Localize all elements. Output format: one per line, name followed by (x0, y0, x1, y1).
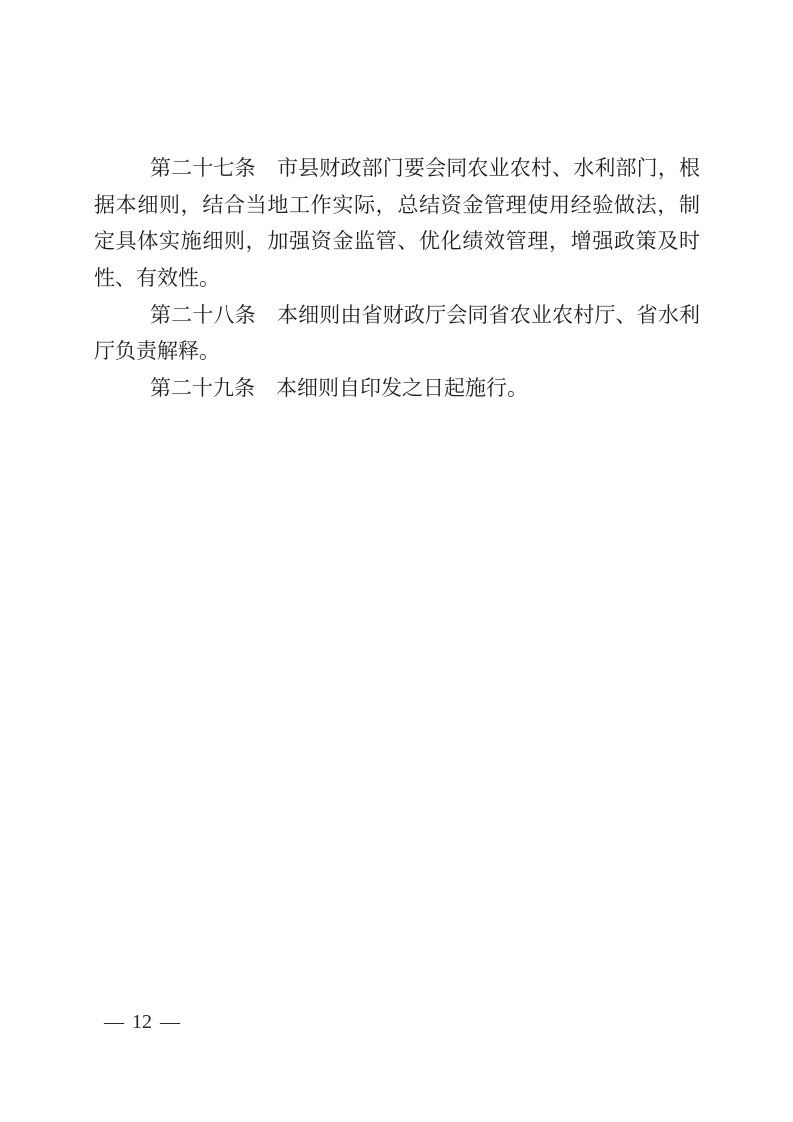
document-body: 第二十七条 市县财政部门要会同农业农村、水利部门，根 据本细则，结合当地工作实际… (94, 150, 700, 407)
body-line: 性、有效性。 (94, 260, 700, 297)
paragraph-article-29: 第二十九条 本细则自印发之日起施行。 (94, 370, 700, 407)
body-line: 厅负责解释。 (94, 333, 700, 370)
paragraph-article-27: 第二十七条 市县财政部门要会同农业农村、水利部门，根 据本细则，结合当地工作实际… (94, 150, 700, 297)
body-line: 第二十九条 本细则自印发之日起施行。 (94, 370, 700, 407)
document-page: 第二十七条 市县财政部门要会同农业农村、水利部门，根 据本细则，结合当地工作实际… (0, 0, 793, 1122)
paragraph-article-28: 第二十八条 本细则由省财政厅会同省农业农村厅、省水利 厅负责解释。 (94, 297, 700, 370)
body-line: 第二十七条 市县财政部门要会同农业农村、水利部门，根 (94, 150, 700, 187)
body-line: 第二十八条 本细则由省财政厅会同省农业农村厅、省水利 (94, 297, 700, 334)
page-footer: — 12 — (104, 1008, 180, 1036)
page-number: — 12 — (104, 1011, 180, 1033)
body-line: 定具体实施细则，加强资金监管、优化绩效管理，增强政策及时 (94, 223, 700, 260)
body-line: 据本细则，结合当地工作实际，总结资金管理使用经验做法，制 (94, 187, 700, 224)
